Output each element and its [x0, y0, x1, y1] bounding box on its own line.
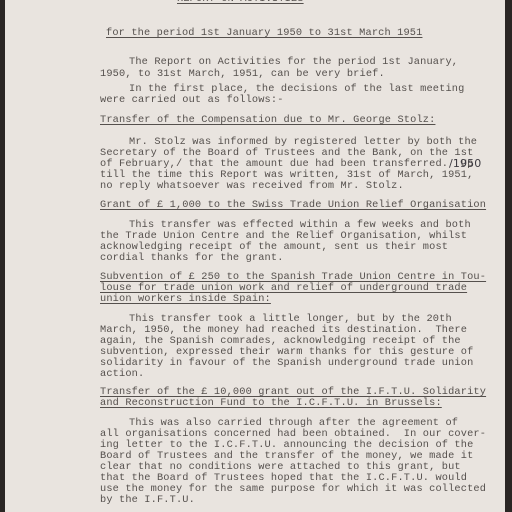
- report-period-subtitle: for the period 1st January 1950 to 31st …: [106, 28, 422, 39]
- section-body-line: cordial thanks for the grant.: [100, 253, 284, 264]
- section-heading: and Reconstruction Fund to the I.C.F.T.U…: [100, 398, 442, 409]
- intro-line: The Report on Activities for the period …: [129, 57, 458, 68]
- section-heading: Grant of £ 1,000 to the Swiss Trade Unio…: [100, 200, 486, 211]
- intro-line: 1950, to 31st March, 1951, can be very b…: [100, 69, 385, 80]
- section-body-line: by the I.F.T.U.: [100, 495, 195, 506]
- report-title: REPORT ON ACTIVITIES: [177, 0, 304, 5]
- section-body-line: action.: [100, 369, 144, 380]
- section-body-line: solidarity in favour of the Spanish unde…: [100, 358, 473, 369]
- section-body-line: no reply whatsoever was received from Mr…: [100, 181, 404, 192]
- handwritten-annotation: /1950: [449, 157, 481, 170]
- section-heading: union workers inside Spain:: [100, 294, 271, 305]
- document-page: REPORT ON ACTIVITIES for the period 1st …: [5, 0, 505, 512]
- section-heading: Transfer of the Compensation due to Mr. …: [100, 115, 435, 126]
- intro-line: were carried out as follows:-: [100, 95, 284, 106]
